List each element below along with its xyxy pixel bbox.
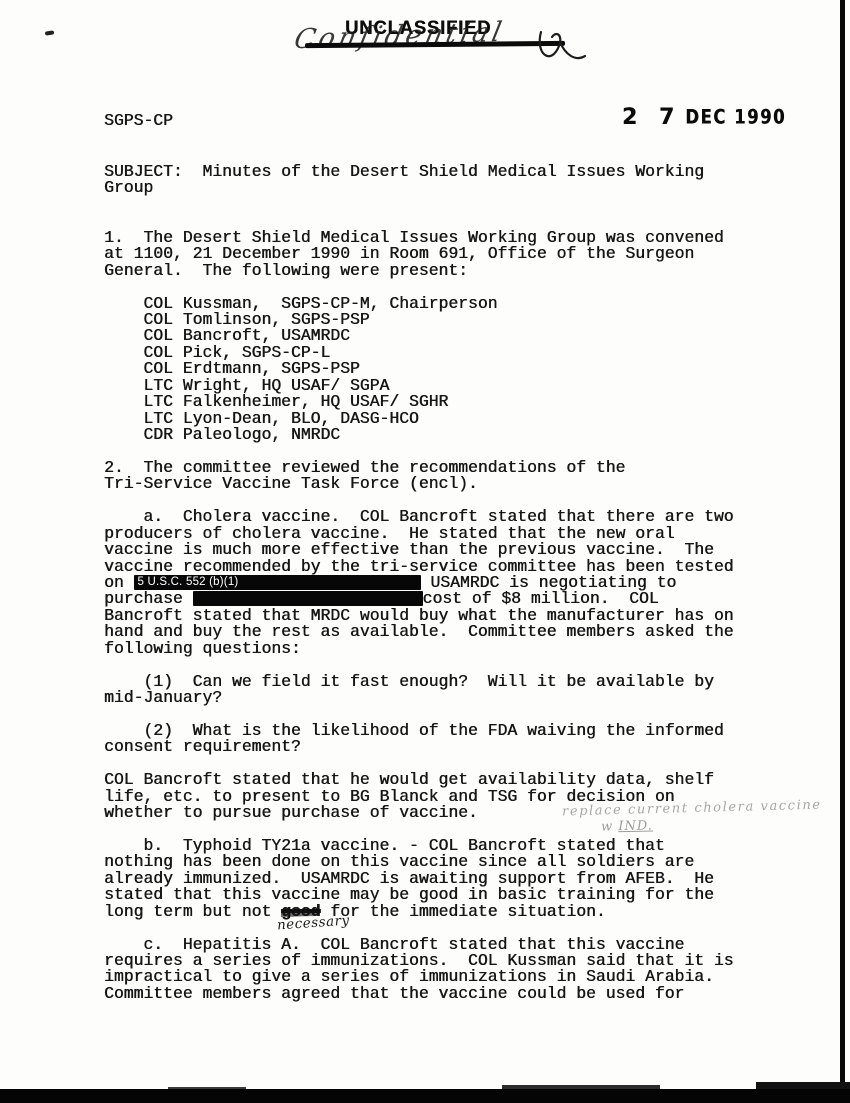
document-line: mid-January?: [104, 690, 794, 706]
document-line: consent requirement?: [104, 739, 794, 755]
office-symbol: SGPS-CP: [104, 111, 173, 130]
document-line: Group: [104, 180, 794, 196]
document-line: long term but not good for the immediate…: [104, 904, 794, 920]
document-line: CDR Paleologo, NMRDC: [104, 427, 794, 443]
date-stamp: 2 7 DEC 1990: [622, 105, 786, 130]
date-stamp-day: 2 7: [622, 105, 681, 130]
document-line: Committee members agreed that the vaccin…: [104, 986, 794, 1002]
handwriting-flourish: [533, 28, 589, 70]
scan-edge-right: [840, 0, 845, 1103]
date-stamp-month-year: DEC 1990: [685, 106, 786, 128]
document-line: [104, 197, 794, 213]
scan-edge-bottom: [0, 1089, 850, 1103]
handwritten-note-w: w: [601, 819, 619, 834]
document-body: SUBJECT: Minutes of the Desert Shield Me…: [104, 164, 794, 1002]
document-line: Tri-Service Vaccine Task Force (encl).: [104, 476, 794, 492]
handwritten-note-cholera-line2: w IND.: [601, 819, 653, 835]
scanned-memo-page: UNCLASSIFIED Confidential SGPS-CP 2 7 DE…: [0, 0, 850, 1103]
document-line: SUBJECT: Minutes of the Desert Shield Me…: [104, 164, 794, 180]
document-line: General. The following were present:: [104, 263, 794, 279]
scan-mark-dash: [45, 30, 54, 35]
redaction-exemption-label: 5 U.S.C. 552 (b)(1): [138, 575, 239, 589]
handwritten-note-ind: IND.: [618, 819, 653, 835]
redaction-bar: [193, 591, 423, 606]
document-line: following questions:: [104, 641, 794, 657]
handwritten-confidential-overlay: Confidential: [291, 17, 507, 56]
redaction-bar: 5 U.S.C. 552 (b)(1): [134, 575, 421, 590]
